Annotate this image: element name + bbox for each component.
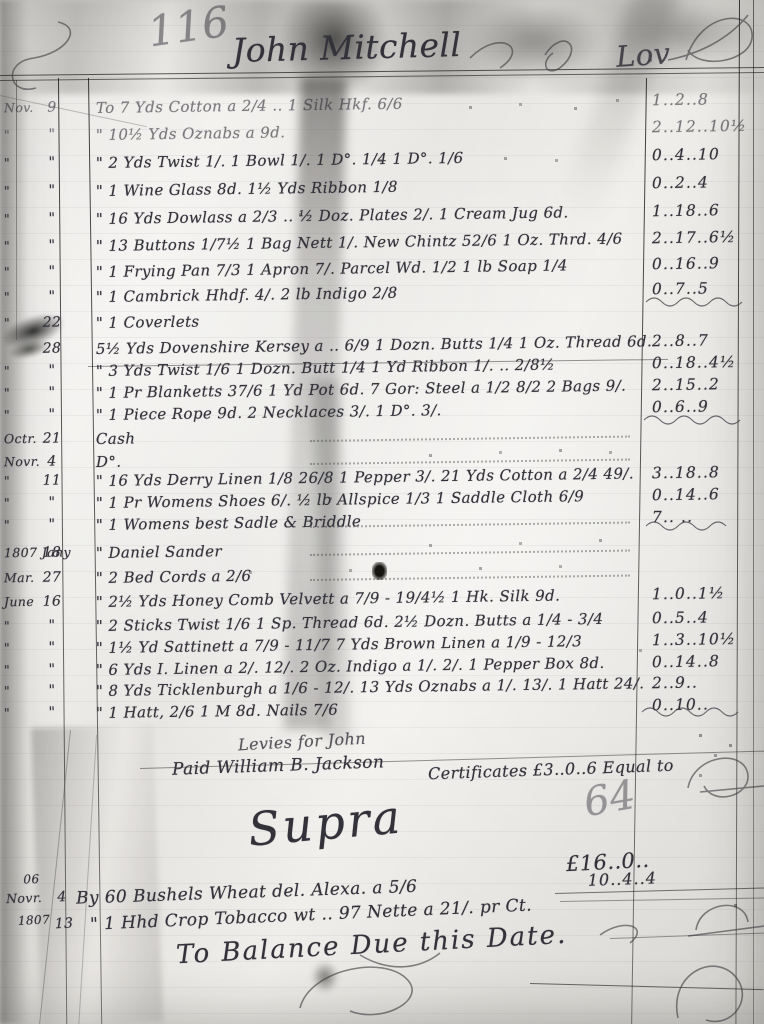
entry-amount: 1..3..10½ (652, 630, 758, 649)
certificates-rule (140, 751, 764, 769)
header-rule-top (0, 67, 764, 76)
entry-text: " Daniel Sander (96, 542, 222, 562)
entry-amount: 0..6..9 (652, 397, 758, 416)
credit-day: 13 (50, 915, 79, 932)
folio-mark: 116 (145, 0, 232, 56)
entry-day: 9 (38, 99, 66, 115)
credit-day: 4 (48, 889, 77, 906)
entry-amount: 0..5..4 (652, 608, 758, 627)
entry-day: " (38, 384, 66, 400)
entry-amount: 0..2..4 (652, 173, 758, 192)
entry-amount (652, 305, 758, 306)
entry-day: 28 (38, 340, 66, 356)
credit-amount: 10..4..4 (587, 868, 657, 889)
entry-day: " (38, 494, 66, 510)
entry-amount: 2..15..2 (652, 375, 758, 394)
entry-text: " 1 Frying Pan 7/3 1 Apron 7/. Parcel Wd… (96, 256, 568, 281)
entry-day: " (38, 639, 66, 655)
entry-text: " 1 Womens best Sadle & Briddle (96, 512, 361, 534)
entry-text: " 16 Yds Dowlass a 2/3 .. ½ Doz. Plates … (96, 203, 569, 228)
entry-text: Cash (96, 429, 136, 448)
credit-year: 1807 (18, 912, 51, 927)
entry-amount: 3..18..8 (652, 463, 758, 482)
entry-day: " (38, 682, 66, 698)
entry-amount: 7.. .. (652, 507, 758, 526)
entry-day: " (38, 210, 66, 226)
ink-blot-2 (312, 962, 338, 992)
entry-day: " (38, 154, 66, 170)
supra-heading: Supra (246, 789, 405, 856)
entry-day: 4 (38, 453, 66, 469)
entry-day: 18 (38, 544, 66, 560)
entry-day: " (38, 516, 66, 532)
entry-day: 21 (38, 430, 66, 446)
entry-amount: 2..17..6½ (652, 228, 758, 247)
entry-amount: 1..2..8 (652, 90, 758, 109)
entry-text: " 2 Yds Twist 1/. 1 Bowl 1/. 1 D°. 1/4 1… (96, 149, 464, 172)
entry-day: " (38, 362, 66, 378)
entry-text: " 1 Coverlets (96, 313, 200, 332)
account-holder-name: John Mitchell (232, 25, 462, 70)
entry-day: " (38, 661, 66, 677)
entry-day: " (38, 617, 66, 633)
entry-day: " (38, 263, 66, 279)
ledger-scan-page: 116 John Mitchell Lov Nov.9To 7 Yds Cott… (0, 0, 764, 1024)
entry-amount: 0..7..5 (652, 279, 758, 298)
entry-day: " (38, 406, 66, 422)
entry-text: " 1 Cambrick Hhdf. 4/. 2 lb Indigo 2/8 (96, 284, 398, 306)
entry-day: 22 (38, 314, 66, 330)
entry-amount: 1..0..1½ (652, 584, 758, 603)
entry-day: " (38, 182, 66, 198)
entry-amount: 0..14..8 (652, 652, 758, 671)
entry-amount: 0..14..6 (652, 485, 758, 504)
entry-text: " 13 Buttons 1/7½ 1 Bag Nett 1/. New Chi… (96, 230, 623, 255)
entry-amount: 2..9.. (652, 673, 758, 692)
entry-day: 16 (38, 593, 66, 609)
entry-amount (652, 535, 758, 536)
entry-day: 27 (38, 569, 66, 585)
entry-text: " 2 Bed Cords a 2/6 (96, 567, 252, 587)
entry-day: " (38, 237, 66, 253)
paper-specks (0, 0, 1, 1)
entry-day: " (38, 704, 66, 720)
credit-year: 06 (23, 872, 40, 887)
supra-side-mark: 64 (580, 772, 639, 826)
top-dark-crease (278, 0, 390, 98)
entry-text: D°. (96, 453, 122, 471)
bottom-rule (530, 983, 764, 991)
entry-text: " 1 Piece Rope 9d. 2 Necklaces 3/. 1 D°.… (96, 401, 442, 424)
entry-amount: 2..8..7 (652, 331, 758, 350)
entry-text: " 1 Hatt, 2/6 1 M 8d. Nails 7/6 (96, 701, 339, 722)
entry-amount: 0..16..9 (652, 254, 758, 273)
entry-amount: 1..18..6 (652, 201, 758, 220)
entry-text: To 7 Yds Cotton a 2/4 .. 1 Silk Hkf. 6/6 (96, 95, 403, 117)
entry-day: " (38, 288, 66, 304)
fold-line-2 (78, 735, 97, 1024)
note-line-1: Levies for John (238, 729, 367, 755)
entry-text: " 1 Wine Glass 8d. 1½ Yds Ribbon 1/8 (96, 178, 398, 200)
entry-day: " (38, 126, 66, 142)
entry-day: 11 (38, 472, 66, 488)
entry-text: " 10½ Yds Oznabs a 9d. (96, 123, 286, 144)
entry-amount: 0..10.. (652, 695, 758, 714)
entry-amount: 0..4..10 (652, 145, 758, 164)
entry-amount: 2..12..10½ (652, 117, 758, 136)
entry-amount: 0..18..4½ (652, 353, 758, 372)
